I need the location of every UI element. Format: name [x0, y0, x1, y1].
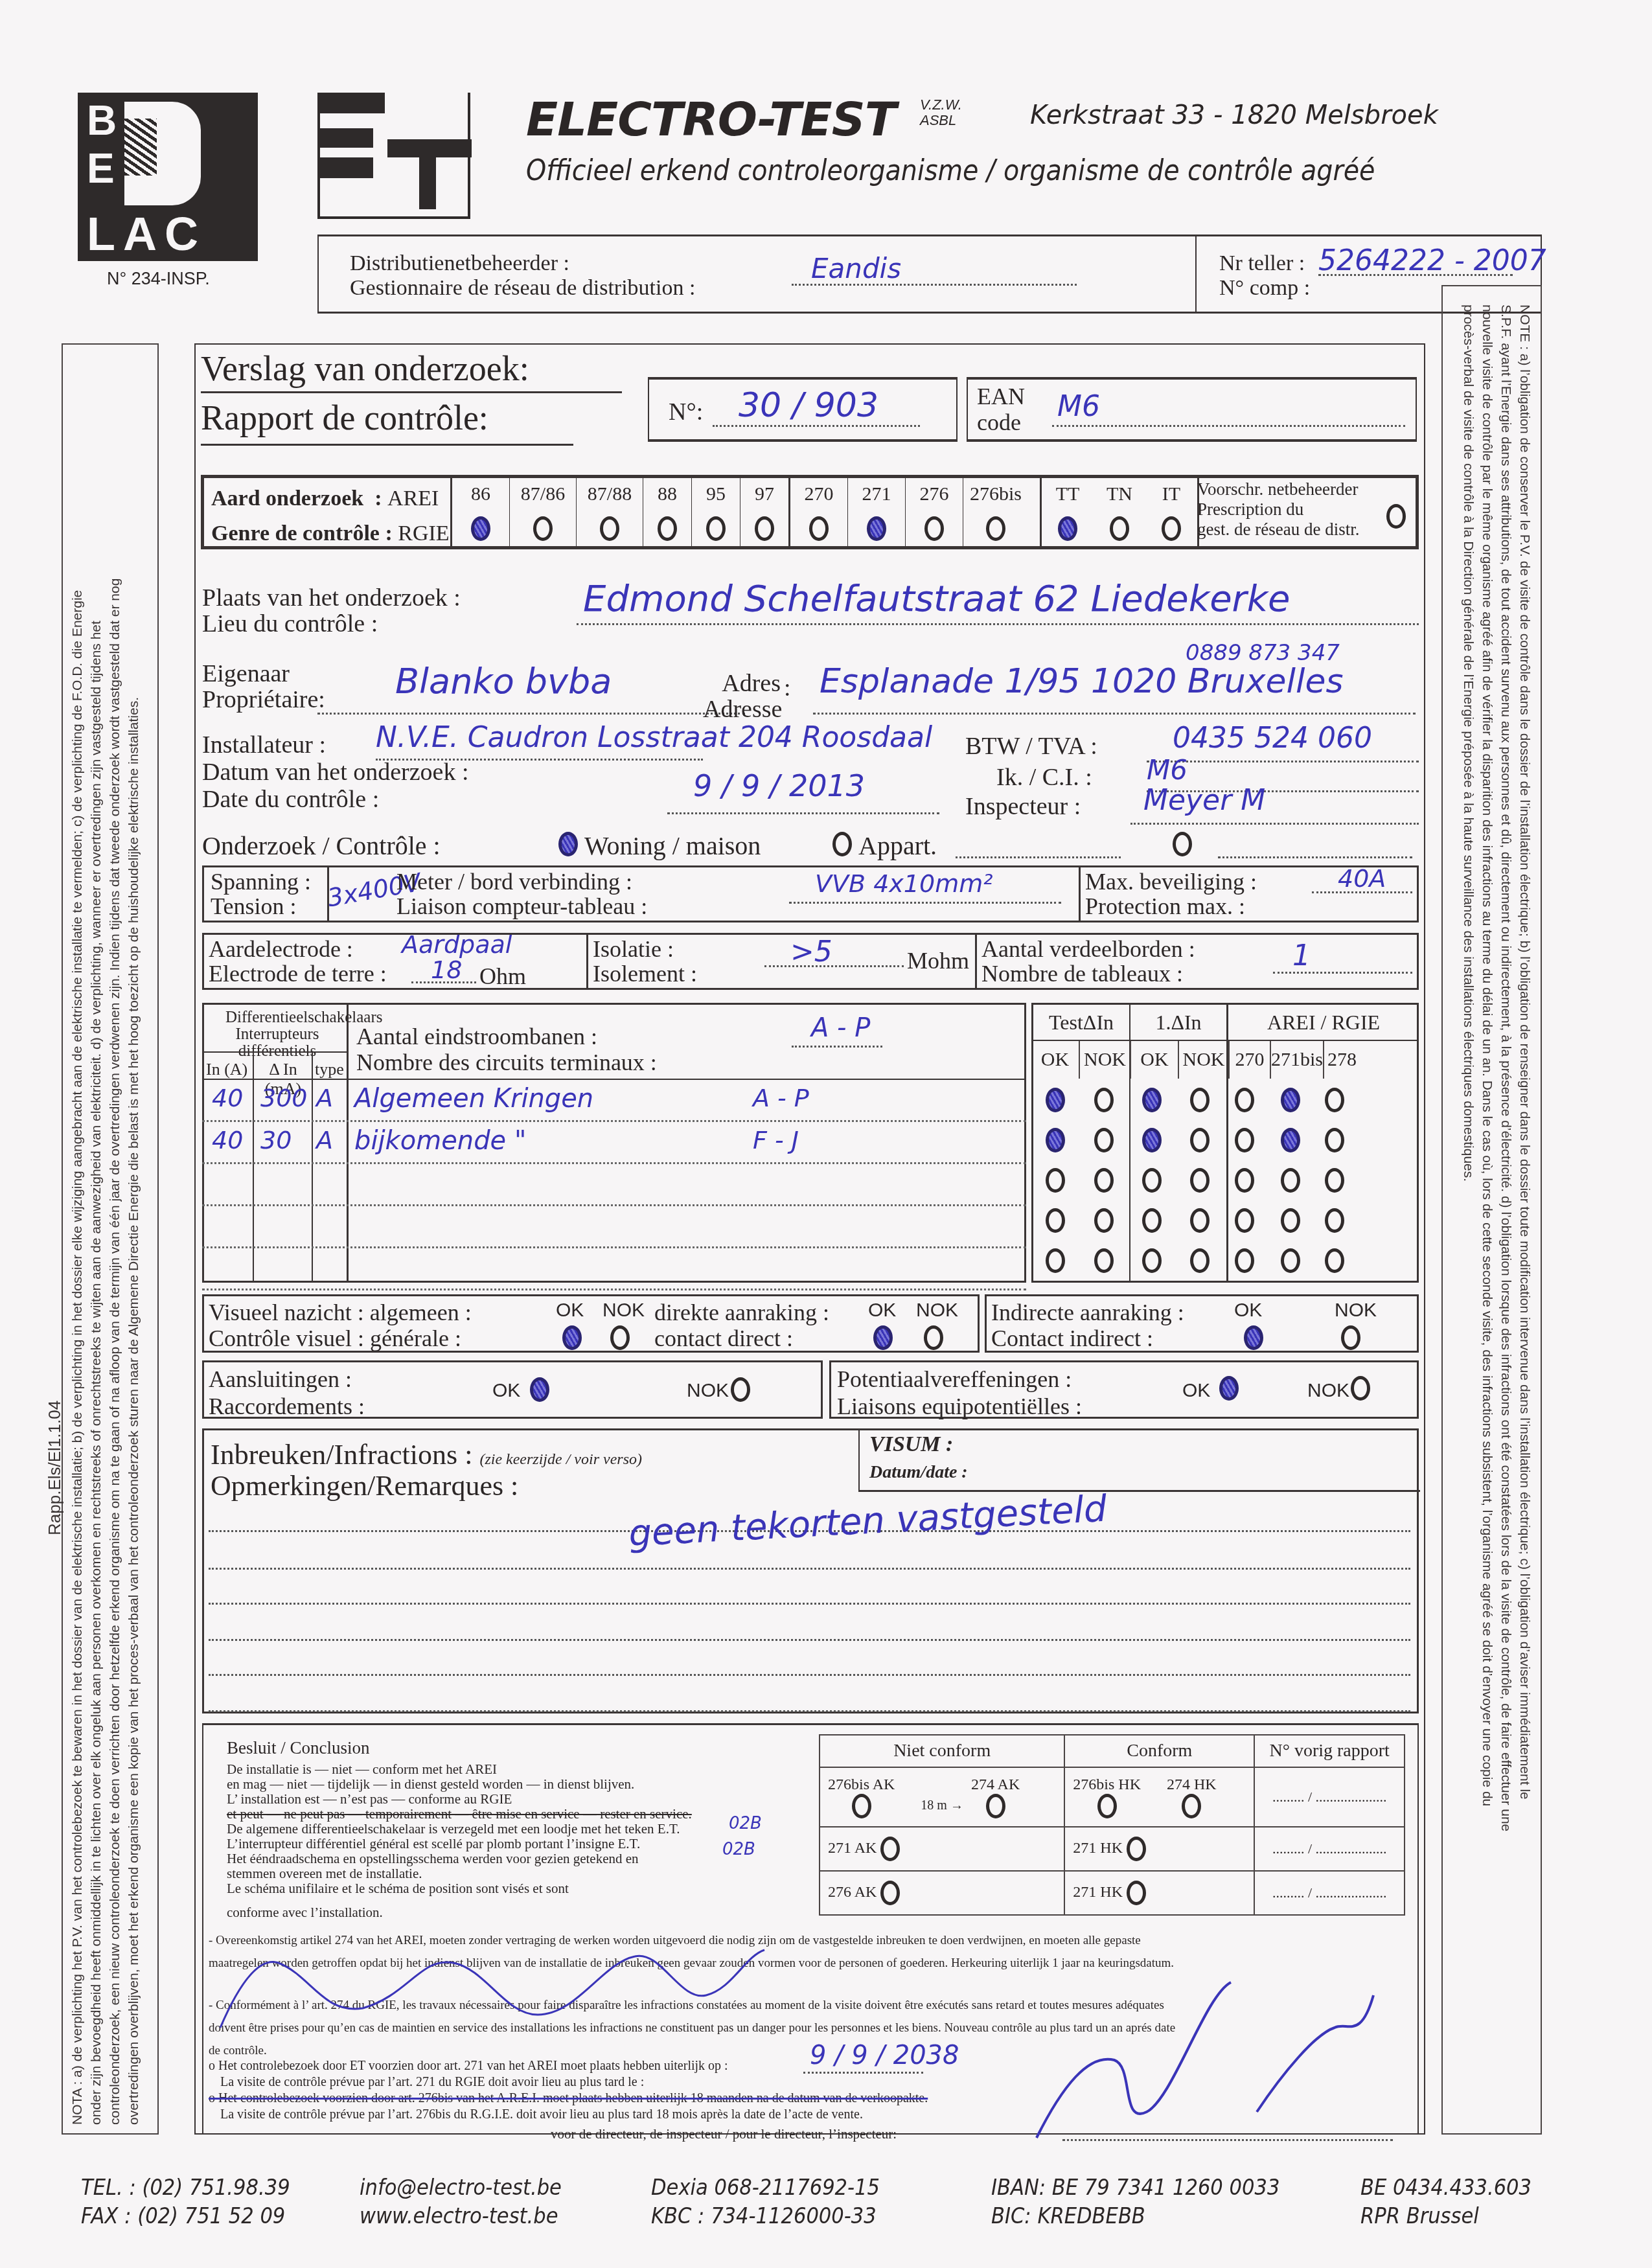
- conform-item[interactable]: 271 HK: [1073, 1837, 1146, 1861]
- test-cell: [1224, 1088, 1265, 1112]
- test-subheader: OK: [1031, 1041, 1079, 1079]
- test-radio[interactable]: [1281, 1168, 1300, 1193]
- test-cell: [1129, 1168, 1175, 1193]
- one-delta-header: 1.ΔIn: [1130, 1011, 1226, 1035]
- test-cell: [1031, 1248, 1079, 1273]
- conform-radio[interactable]: [1182, 1794, 1201, 1818]
- test-radio[interactable]: [1046, 1088, 1065, 1112]
- vat-value: 0435 524 060: [1173, 722, 1372, 755]
- conclusion-text: De installatie is — niet — conform met h…: [227, 1762, 797, 1920]
- report-number-box: N°: 30 / 903: [648, 377, 958, 442]
- equipotential-nok-label: NOK: [1307, 1380, 1349, 1402]
- inspection-option-95[interactable]: 95: [691, 478, 740, 546]
- direct-ok-label: OK: [868, 1300, 896, 1322]
- test-grid: [1031, 1080, 1419, 1281]
- meter-link-label: Meter / bord verbinding :Liaison compteu…: [396, 869, 647, 919]
- conclusion-line: De algemene differentieelschakelaar is v…: [227, 1822, 797, 1837]
- ci-label: Ik. / C.I. :: [996, 764, 1092, 790]
- inspection-option-87/88[interactable]: 87/88: [576, 478, 643, 546]
- test-cell: [1224, 1128, 1265, 1152]
- owner-address-label: AdresAdresse: [703, 670, 781, 722]
- inspection-option-88[interactable]: 88: [643, 478, 691, 546]
- differential-row: 40300AAlgemeen KringenA - P: [202, 1080, 1026, 1122]
- earthing-option-radio[interactable]: [1058, 516, 1077, 541]
- direct-contact-label: direkte aanraking :contact direct :: [654, 1300, 829, 1351]
- insulation-value: >5: [790, 935, 832, 968]
- test-radio[interactable]: [1190, 1248, 1210, 1273]
- footer-phone: TEL. : (02) 751.98.39FAX : (02) 751 52 0…: [81, 2173, 290, 2230]
- meter-link-field[interactable]: VVB 4x10mm²: [789, 895, 1061, 904]
- test-radio[interactable]: [1235, 1128, 1254, 1152]
- conform-label: 271 HK: [1073, 1840, 1123, 1857]
- earthing-option-TN[interactable]: TN: [1094, 478, 1145, 546]
- inspection-option-label: 95: [706, 483, 726, 505]
- conclusion-line: Het ééndraadschema en opstellingsschema …: [227, 1851, 797, 1866]
- test-cell: [1265, 1168, 1316, 1193]
- non-conform-radio[interactable]: [880, 1881, 900, 1905]
- test-radio[interactable]: [1190, 1128, 1210, 1152]
- signature-scribble: [1011, 1956, 1425, 2157]
- inspection-option-radio[interactable]: [924, 516, 944, 541]
- boards-label: Aantal verdeelborden :Nombre de tableaux…: [981, 937, 1195, 986]
- conclusion-line: L’ installation est — n’est pas — confor…: [227, 1792, 797, 1807]
- previous-report-field[interactable]: ......... / ....................: [1254, 1827, 1405, 1871]
- test-cell: [1031, 1088, 1079, 1112]
- date-value: 9 / 9 / 2013: [693, 768, 865, 803]
- conform-label: 276bis HK: [1073, 1776, 1141, 1793]
- inspection-option-label: 276: [920, 483, 949, 505]
- seal-code-2: 02B: [722, 1840, 755, 1859]
- previous-report-field[interactable]: ......... / ....................: [1254, 1767, 1405, 1827]
- connections-label: Aansluitingen :Raccordements :: [209, 1366, 365, 1420]
- inspection-option-271[interactable]: 271: [847, 478, 905, 546]
- test-subheader: OK: [1130, 1041, 1178, 1079]
- differential-delta-value[interactable]: 300: [260, 1084, 319, 1112]
- test-cell: [1316, 1168, 1352, 1193]
- ean-value: M6: [1057, 390, 1100, 423]
- indirect-contact-label: Indirecte aanraking :Contact indirect :: [991, 1300, 1184, 1351]
- conclusion-line: et peut — ne peut pas — temporairement —…: [227, 1807, 797, 1822]
- inspection-option-label: 87/88: [588, 483, 632, 505]
- distribution-value: Eandis: [811, 253, 901, 284]
- conform-label: 271 HK: [1073, 1884, 1123, 1901]
- test-subheader: 278: [1323, 1041, 1360, 1079]
- inspection-option-86[interactable]: 86: [450, 478, 509, 546]
- test-subheader: NOK: [1178, 1041, 1228, 1079]
- differential-delta-value[interactable]: 30: [260, 1126, 319, 1154]
- sale-visit-nl: o Het controlebezoek voorzien door art. …: [209, 2091, 928, 2106]
- distribution-label: Distributienetbeheerder :Gestionnaire de…: [350, 251, 695, 301]
- non-conform: 271 AK: [820, 1827, 1064, 1871]
- inspection-type-options: 8687/8687/88889597270271276276bis: [450, 478, 1028, 546]
- control-type-house-label: Woning / maison: [584, 830, 761, 861]
- test-cell: [1175, 1248, 1224, 1273]
- right-side-note: NOTE : a) l’obligation de conserver le P…: [1459, 304, 1534, 2118]
- test-cell: [1079, 1128, 1129, 1152]
- circuits-total-value: A - P: [811, 1013, 870, 1043]
- inspection-option-label: 271: [862, 483, 891, 505]
- test-cell: [1224, 1248, 1265, 1273]
- test-radio[interactable]: [1281, 1208, 1300, 1233]
- test-radio[interactable]: [1325, 1128, 1344, 1152]
- test-subheader: 271bis: [1270, 1041, 1323, 1079]
- test-radio[interactable]: [1046, 1128, 1065, 1152]
- conform: 271 HK: [1064, 1871, 1254, 1915]
- test-radio[interactable]: [1142, 1088, 1162, 1112]
- non-conform-item[interactable]: 276bis AK: [828, 1776, 895, 1818]
- conformity-table: Niet conformConformN° vorig rapport276bi…: [819, 1734, 1405, 1916]
- earthing-option-label: TN: [1107, 483, 1132, 505]
- test-cell: [1316, 1128, 1352, 1152]
- footer-banks: Dexia 068-2117692-15KBC : 734-1126000-33: [651, 2173, 880, 2230]
- test-radio[interactable]: [1094, 1128, 1114, 1152]
- test-cell: [1316, 1088, 1352, 1112]
- prescription-radio[interactable]: [1386, 504, 1406, 529]
- conform-item[interactable]: 271 HK: [1073, 1881, 1146, 1905]
- company-address: Kerkstraat 33 - 1820 Melsbroek: [1030, 100, 1438, 130]
- inspection-option-276[interactable]: 276: [905, 478, 963, 546]
- ean-label: EANcode: [977, 384, 1025, 435]
- differential-type-value[interactable]: A: [316, 1126, 342, 1154]
- differential-circuits-value[interactable]: F - J: [753, 1126, 843, 1154]
- owner-field[interactable]: Blanko bvba: [317, 687, 745, 715]
- next-visit-field[interactable]: 9 / 9 / 2038: [803, 2070, 923, 2074]
- test-radio[interactable]: [1094, 1088, 1114, 1112]
- inspection-option-radio[interactable]: [706, 516, 726, 541]
- test-radio[interactable]: [1235, 1168, 1254, 1193]
- inspection-option-radio[interactable]: [755, 516, 774, 541]
- connections-nok-radio[interactable]: [731, 1377, 750, 1402]
- connections-ok-label: OK: [492, 1380, 520, 1402]
- vat-field[interactable]: 0435 524 060: [1147, 737, 1419, 762]
- report-number-label: N°:: [669, 398, 703, 426]
- installer-field[interactable]: N.V.E. Caudron Losstraat 204 Roosdaal: [376, 735, 703, 761]
- test-radio[interactable]: [1190, 1088, 1210, 1112]
- differential-in-value[interactable]: 40: [212, 1084, 257, 1112]
- test-radio[interactable]: [1142, 1128, 1162, 1152]
- signature-label: voor de directeur, de inspecteur / pour …: [551, 2126, 897, 2142]
- equipotential-nok-radio[interactable]: [1351, 1376, 1370, 1401]
- test-cell: [1079, 1088, 1129, 1112]
- visual-general-nok-radio[interactable]: [610, 1325, 630, 1350]
- remark-line: [209, 1601, 1410, 1605]
- conclusion-line: en mag — niet — tijdelijk — in dienst ge…: [227, 1777, 797, 1792]
- control-type-appart-radio[interactable]: [832, 832, 852, 856]
- earthing-option-radio[interactable]: [1110, 516, 1129, 541]
- form-code: Rapp.Els/El1.1.04: [45, 1401, 64, 1535]
- inspection-option-radio[interactable]: [533, 516, 553, 541]
- ci-value: M6: [1147, 754, 1187, 786]
- previous-report-field[interactable]: ......... / ....................: [1254, 1871, 1405, 1915]
- visual-general-ok-radio[interactable]: [562, 1325, 582, 1350]
- report-title-nl: Verslag van onderzoek:: [201, 349, 529, 389]
- conform-radio[interactable]: [1127, 1881, 1146, 1905]
- footer-iban: IBAN: BE 79 7341 1260 0033BIC: KREDBEBB: [991, 2173, 1279, 2230]
- conform: 271 HK: [1064, 1827, 1254, 1871]
- conform-item[interactable]: 276bis HK: [1073, 1776, 1141, 1818]
- non-conform-radio[interactable]: [880, 1837, 900, 1861]
- inspection-option-270[interactable]: 270: [788, 478, 847, 546]
- direct-nok-radio[interactable]: [924, 1325, 943, 1350]
- non-conform-label: 271 AK: [828, 1840, 877, 1857]
- differential-circuits-value[interactable]: A - P: [753, 1084, 843, 1112]
- inspection-option-radio[interactable]: [867, 516, 886, 541]
- remark-line: [209, 1566, 1410, 1570]
- inspection-option-label: 97: [755, 483, 774, 505]
- non-conform-label: 276 AK: [828, 1884, 877, 1901]
- inspection-option-label: 270: [805, 483, 834, 505]
- earthing-system-options: TTTNIT: [1040, 478, 1199, 546]
- test-cell: [1129, 1088, 1175, 1112]
- tagline: Officieel erkend controleorganisme / org…: [526, 154, 1375, 187]
- connections-nok-label: NOK: [687, 1380, 729, 1402]
- col-type-header: type: [315, 1060, 344, 1079]
- differentials-rows: 40300AAlgemeen KringenA - P4030Abijkomen…: [202, 1080, 1026, 1290]
- arei-header: AREI / RGIE: [1228, 1011, 1419, 1035]
- inspection-option-radio[interactable]: [600, 516, 619, 541]
- indirect-nok-label: NOK: [1335, 1300, 1377, 1322]
- meter-value: 5264222 - 2007: [1318, 244, 1546, 277]
- non-conform-item[interactable]: 271 AK: [828, 1837, 900, 1861]
- non-conform-radio[interactable]: [986, 1794, 1005, 1818]
- brand-legal: V.Z.W.ASBL: [920, 97, 962, 128]
- earthing-option-IT[interactable]: IT: [1145, 478, 1197, 546]
- place-field[interactable]: Edmond Schelfautstraat 62 Liedekerke: [577, 596, 1419, 625]
- test-cell: [1129, 1248, 1175, 1273]
- earthing-option-TT[interactable]: TT: [1042, 478, 1094, 546]
- connections-ok-radio[interactable]: [530, 1377, 549, 1402]
- conform-item[interactable]: 274 HK: [1167, 1776, 1217, 1818]
- conform-label: 274 HK: [1167, 1776, 1217, 1793]
- belac-hatch: [124, 119, 157, 176]
- place-label: Plaats van het onderzoek :Lieu du contrô…: [202, 585, 461, 637]
- test-cell: [1265, 1208, 1316, 1233]
- test-subheader: NOK: [1079, 1041, 1130, 1079]
- differential-row: [202, 1164, 1026, 1206]
- control-type-other-field[interactable]: [956, 850, 1121, 858]
- test-radio[interactable]: [1190, 1168, 1210, 1193]
- earth-resistance-field[interactable]: 18: [411, 975, 476, 983]
- test-radio[interactable]: [1046, 1248, 1065, 1273]
- non-conform-label: 276bis AK: [828, 1776, 895, 1793]
- inspection-option-radio[interactable]: [809, 516, 829, 541]
- differential-description-value[interactable]: Algemeen Kringen: [354, 1084, 743, 1114]
- test-radio[interactable]: [1325, 1248, 1344, 1273]
- inspector-field[interactable]: Meyer M: [1130, 803, 1419, 825]
- test-cell: [1265, 1088, 1316, 1112]
- meter-link-value: VVB 4x10mm²: [815, 869, 992, 898]
- conclusion-scribble: [214, 1943, 1043, 2034]
- conclusion-line: stemmen overeen met de installatie.: [227, 1866, 797, 1881]
- test-cell: [1175, 1128, 1224, 1152]
- test-cell: [1031, 1168, 1079, 1193]
- earth-electrode-label: Aardelectrode : Electrode de terre :: [209, 937, 387, 986]
- sale-visit-fr: La visite de contrôle prévue par l’art. …: [220, 2107, 863, 2122]
- inspection-option-label: 88: [658, 483, 677, 505]
- circuits-label: Aantal eindstroombanen :Nombre des circu…: [356, 1024, 657, 1075]
- inspection-option-label: 86: [471, 483, 490, 505]
- insulation-unit: Mohm: [907, 947, 969, 974]
- inspection-option-87/86[interactable]: 87/86: [509, 478, 576, 546]
- test-cell: [1224, 1168, 1265, 1193]
- direct-nok-label: NOK: [916, 1300, 958, 1322]
- differential-type-value[interactable]: A: [316, 1084, 342, 1112]
- conclusion-title: Besluit / Conclusion: [227, 1738, 370, 1758]
- conclusion-line: L’interrupteur différentiel général est …: [227, 1837, 797, 1851]
- date-field[interactable]: 9 / 9 / 2013: [667, 789, 939, 814]
- remark-line: [209, 1638, 1410, 1641]
- test-row: [1031, 1120, 1419, 1160]
- non-conform-label: 274 AK: [971, 1776, 1020, 1793]
- insulation-field[interactable]: >5: [764, 959, 904, 967]
- earth-electrode-value[interactable]: Aardpaal: [402, 930, 512, 959]
- insulation-label: Isolatie :Isolement :: [593, 937, 697, 986]
- meter-field[interactable]: 5264222 - 2007: [1318, 249, 1513, 276]
- indirect-ok-label: OK: [1234, 1300, 1262, 1322]
- conform-radio[interactable]: [1097, 1794, 1117, 1818]
- conform-radio[interactable]: [1127, 1837, 1146, 1861]
- inspection-option-276bis[interactable]: 276bis: [963, 478, 1028, 546]
- differential-row: [202, 1206, 1026, 1248]
- control-type-house-radio[interactable]: [558, 832, 578, 856]
- conformity-header: N° vorig rapport: [1254, 1735, 1405, 1767]
- earth-resistance-value: 18: [431, 956, 462, 984]
- test-cell: [1224, 1208, 1265, 1233]
- distance-arrow: 18 m →: [921, 1798, 963, 1813]
- test-radio[interactable]: [1235, 1088, 1254, 1112]
- test-cell: [1129, 1128, 1175, 1152]
- footer-email-link[interactable]: info@electro-test.be: [360, 2173, 562, 2202]
- test-radio[interactable]: [1142, 1208, 1162, 1233]
- inspection-option-label: 87/86: [521, 483, 565, 505]
- inspection-option-97[interactable]: 97: [740, 478, 788, 546]
- report-number-field[interactable]: 30 / 903: [713, 402, 920, 427]
- belac-letter: B: [87, 97, 117, 144]
- test-radio[interactable]: [1046, 1208, 1065, 1233]
- test-row: [1031, 1200, 1419, 1241]
- test-radio[interactable]: [1325, 1088, 1344, 1112]
- earthing-option-label: IT: [1162, 483, 1180, 505]
- earthing-option-label: TT: [1056, 483, 1080, 505]
- earthing-option-radio[interactable]: [1162, 516, 1181, 541]
- ean-box: EANcode M6: [967, 377, 1417, 442]
- installer-label: Installateur :: [202, 732, 326, 758]
- test-cell: [1129, 1208, 1175, 1233]
- belac-letter: E: [87, 144, 115, 192]
- test-radio[interactable]: [1094, 1168, 1114, 1193]
- remarks-label: Opmerkingen/Remarques :: [211, 1469, 518, 1502]
- distribution-field[interactable]: Eandis: [792, 259, 1077, 286]
- prescription-label: Voorschr. netbeheerder Prescription du g…: [1197, 479, 1359, 540]
- next-visit-fr: La visite de contrôle prévue par l’art. …: [220, 2075, 644, 2090]
- control-type-other-field-2[interactable]: [1218, 850, 1412, 858]
- protection-label: Max. beveiliging :Protection max. :: [1085, 869, 1257, 919]
- next-visit-date: 9 / 9 / 2038: [810, 2041, 959, 2070]
- belac-logo: B E LAC: [78, 93, 258, 261]
- visual-label: Visueel nazicht : algemeen : Contrôle vi…: [209, 1300, 472, 1351]
- non-conform-radio[interactable]: [852, 1794, 871, 1818]
- inspector-value: Meyer M: [1143, 784, 1265, 817]
- inspection-option-radio[interactable]: [658, 516, 677, 541]
- inspection-option-radio[interactable]: [471, 516, 490, 541]
- boards-value: 1: [1292, 939, 1311, 972]
- et-logo: [317, 93, 470, 219]
- test-cell: [1316, 1208, 1352, 1233]
- remark-line: [209, 1673, 1410, 1676]
- conformity-header: Niet conform: [820, 1735, 1064, 1767]
- place-value: Edmond Schelfautstraat 62 Liedekerke: [583, 578, 1291, 620]
- inspection-type-label: Aard onderzoek : AREI Genre de contrôle …: [211, 481, 450, 551]
- remark-line: [209, 1709, 1410, 1712]
- next-visit-nl: o Het controlebezoek door ET voorzien do…: [209, 2059, 728, 2074]
- test-radio[interactable]: [1325, 1208, 1344, 1233]
- equipotential-ok-label: OK: [1182, 1380, 1210, 1402]
- equipotential-label: Potentiaalvereffeningen :Liaisons equipo…: [837, 1366, 1082, 1420]
- owner-label: EigenaarPropriétaire:: [202, 661, 325, 713]
- belac-number: N° 234-INSP.: [107, 269, 210, 289]
- left-side-note: NOTA : a) de verplichting het P.V. van h…: [68, 356, 143, 2125]
- installer-value: N.V.E. Caudron Losstraat 204 Roosdaal: [376, 721, 932, 754]
- test-radio[interactable]: [1142, 1168, 1162, 1193]
- test-radio[interactable]: [1190, 1208, 1210, 1233]
- boards-field[interactable]: 1: [1273, 965, 1412, 974]
- protection-field[interactable]: 40A: [1312, 885, 1412, 893]
- footer-web-link[interactable]: www.electro-test.be: [360, 2202, 562, 2230]
- test-radio[interactable]: [1281, 1088, 1300, 1112]
- test-radio[interactable]: [1094, 1208, 1114, 1233]
- earth-resistance-unit: Ohm: [479, 963, 526, 990]
- report-number-value: 30 / 903: [739, 386, 878, 425]
- differential-row: [202, 1248, 1026, 1290]
- control-type-other-radio[interactable]: [1173, 832, 1192, 856]
- test-radio[interactable]: [1235, 1248, 1254, 1273]
- equipotential-ok-radio[interactable]: [1219, 1376, 1239, 1401]
- belac-lac: LAC: [87, 208, 206, 261]
- conclusion-line: De installatie is — niet — conform met h…: [227, 1762, 797, 1777]
- inspection-option-radio[interactable]: [986, 516, 1005, 541]
- non-conform: 276 AK: [820, 1871, 1064, 1915]
- ean-field[interactable]: M6: [1052, 402, 1405, 427]
- test-radio[interactable]: [1325, 1168, 1344, 1193]
- test-header: TestΔIn: [1033, 1011, 1129, 1035]
- non-conform-item[interactable]: 274 AK: [971, 1776, 1020, 1818]
- footer-vat: BE 0434.433.603RPR Brussel: [1360, 2173, 1532, 2230]
- test-cell: [1265, 1248, 1316, 1273]
- differential-in-value[interactable]: 40: [212, 1126, 257, 1154]
- test-radio[interactable]: [1235, 1208, 1254, 1233]
- inspection-option-label: 276bis: [970, 483, 1022, 505]
- report-title-fr: Rapport de contrôle:: [201, 398, 488, 438]
- test-radio[interactable]: [1281, 1248, 1300, 1273]
- differential-description-value[interactable]: bijkomende ": [354, 1126, 743, 1156]
- col-in-header: In (A): [206, 1060, 247, 1079]
- test-radio[interactable]: [1046, 1168, 1065, 1193]
- visum-date-label: Datum/date :: [869, 1462, 968, 1483]
- indirect-ok-radio[interactable]: [1244, 1325, 1263, 1350]
- circuits-total-field[interactable]: A - P: [792, 1039, 882, 1048]
- test-row: [1031, 1241, 1419, 1281]
- control-type-appart-label: Appart.: [858, 830, 937, 861]
- test-radio[interactable]: [1094, 1248, 1114, 1273]
- owner-address-field[interactable]: Esplanade 1/95 1020 Bruxelles: [813, 687, 1416, 715]
- test-radio[interactable]: [1142, 1248, 1162, 1273]
- non-conform-item[interactable]: 276 AK: [828, 1881, 900, 1905]
- indirect-nok-radio[interactable]: [1341, 1325, 1360, 1350]
- vat-label: BTW / TVA :: [965, 733, 1097, 759]
- test-radio[interactable]: [1281, 1128, 1300, 1152]
- test-cell: [1316, 1248, 1352, 1273]
- direct-ok-radio[interactable]: [873, 1325, 893, 1350]
